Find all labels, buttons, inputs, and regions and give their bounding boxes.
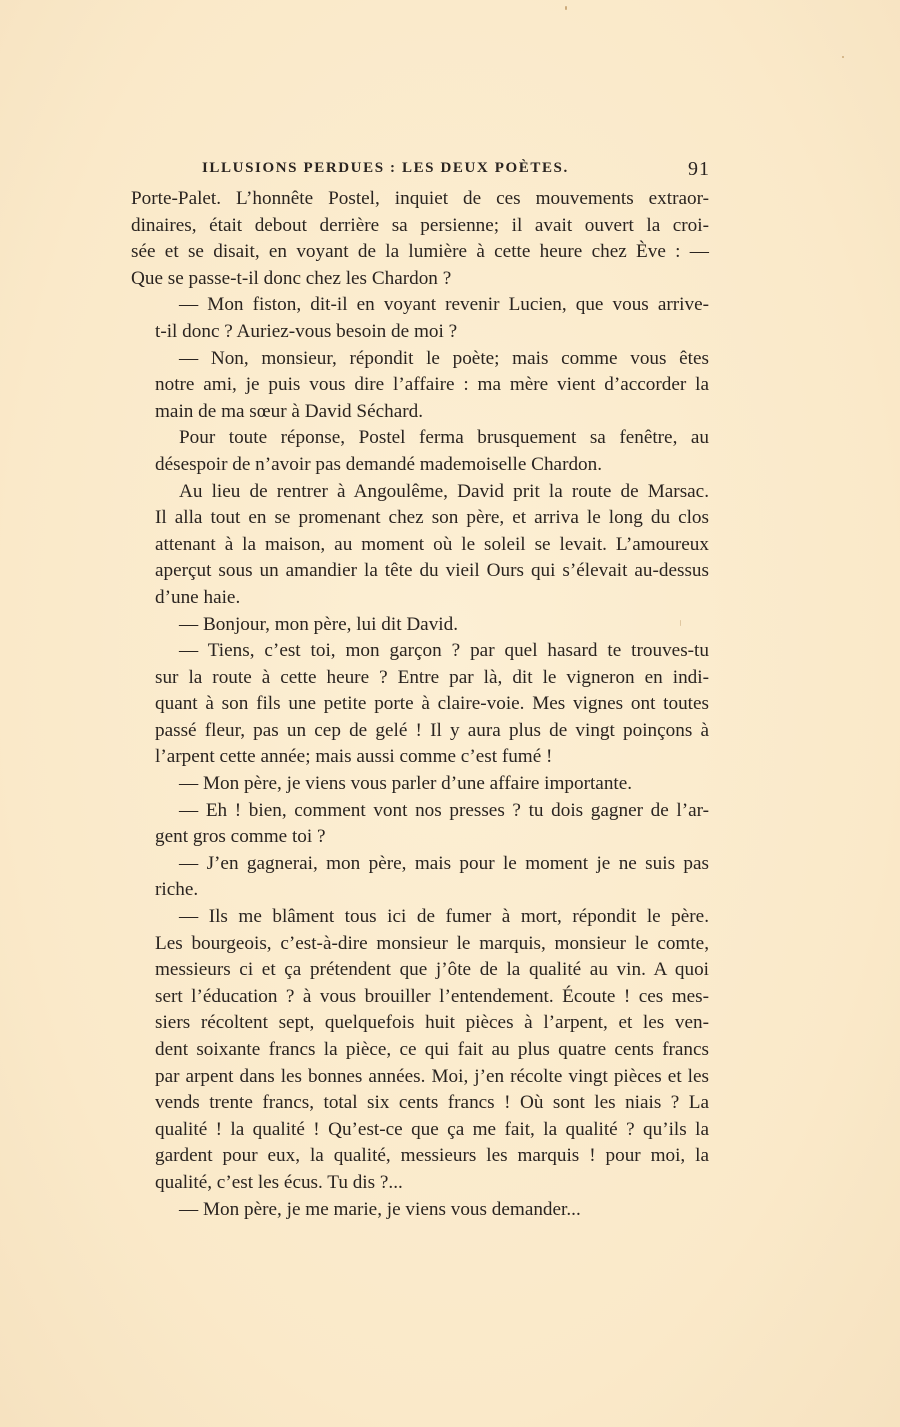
paragraph: — Tiens, c’est toi, mon garçon ? par que… [131, 638, 709, 771]
text-line: — Mon père, je viens vous parler d’une a… [131, 771, 709, 798]
paragraph: — Mon fiston, dit-il en voyant revenir L… [131, 292, 709, 345]
text-line: — Ils me blâment tous ici de fumer à mor… [131, 904, 709, 931]
text-line: par arpent dans les bonnes années. Moi, … [131, 1064, 709, 1091]
paragraph: — Ils me blâment tous ici de fumer à mor… [131, 904, 709, 1197]
text-line: attenant à la maison, au moment où le so… [131, 532, 709, 559]
running-head: Illusions perdues : les deux poètes. 91 [130, 158, 710, 184]
paper-speck [565, 6, 567, 10]
text-line: Au lieu de rentrer à Angoulême, David pr… [131, 479, 709, 506]
text-line: Pour toute réponse, Postel ferma brusque… [131, 425, 709, 452]
text-line: riche. [131, 877, 709, 904]
text-line: sert l’éducation ? à vous brouiller l’en… [131, 984, 709, 1011]
text-line: — Bonjour, mon père, lui dit David. [131, 612, 709, 639]
text-line: vends trente francs, total six cents fra… [131, 1090, 709, 1117]
text-line: l’arpent cette année; mais aussi comme c… [131, 744, 709, 771]
paragraph: Porte-Palet. L’honnête Postel, inquiet d… [131, 186, 709, 292]
text-line: Porte-Palet. L’honnête Postel, inquiet d… [131, 186, 709, 213]
paragraph: — Eh ! bien, comment vont nos presses ? … [131, 798, 709, 851]
paragraph: — Bonjour, mon père, lui dit David. [131, 612, 709, 639]
text-line: Que se passe-t-il donc chez les Chardon … [131, 266, 709, 293]
text-line: siers récoltent sept, quelquefois huit p… [131, 1010, 709, 1037]
paragraph: Au lieu de rentrer à Angoulême, David pr… [131, 479, 709, 612]
body-text: Porte-Palet. L’honnête Postel, inquiet d… [131, 186, 709, 1223]
paper-speck [842, 56, 844, 58]
text-line: — Mon fiston, dit-il en voyant revenir L… [131, 292, 709, 319]
text-line: Les bourgeois, c’est-à-dire monsieur le … [131, 931, 709, 958]
text-line: t-il donc ? Auriez-vous besoin de moi ? [131, 319, 709, 346]
text-line: aperçut sous un amandier la tête du viei… [131, 558, 709, 585]
running-title: Illusions perdues : les deux poètes. [202, 160, 569, 177]
page-number: 91 [688, 158, 710, 181]
text-line: dent soixante francs la pièce, ce qui fa… [131, 1037, 709, 1064]
text-line: d’une haie. [131, 585, 709, 612]
text-line: quant à son fils une petite porte à clai… [131, 691, 709, 718]
text-line: Il alla tout en se promenant chez son pè… [131, 505, 709, 532]
text-line: main de ma sœur à David Séchard. [131, 399, 709, 426]
text-line: qualité, c’est les écus. Tu dis ?... [131, 1170, 709, 1197]
text-line: dinaires, était debout derrière sa persi… [131, 213, 709, 240]
text-line: sur la route à cette heure ? Entre par l… [131, 665, 709, 692]
book-page: Illusions perdues : les deux poètes. 91 … [0, 0, 900, 1427]
text-line: passé fleur, pas un cep de gelé ! Il y a… [131, 718, 709, 745]
text-line: qualité ! la qualité ! Qu’est-ce que ça … [131, 1117, 709, 1144]
text-line: — Eh ! bien, comment vont nos presses ? … [131, 798, 709, 825]
text-line: gardent pour eux, la qualité, messieurs … [131, 1143, 709, 1170]
text-line: désespoir de n’avoir pas demandé mademoi… [131, 452, 709, 479]
text-line: — Tiens, c’est toi, mon garçon ? par que… [131, 638, 709, 665]
text-line: notre ami, je puis vous dire l’affaire :… [131, 372, 709, 399]
paragraph: — J’en gagnerai, mon père, mais pour le … [131, 851, 709, 904]
paragraph: — Non, monsieur, répondit le poète; mais… [131, 346, 709, 426]
text-line: — Non, monsieur, répondit le poète; mais… [131, 346, 709, 373]
paragraph: — Mon père, je viens vous parler d’une a… [131, 771, 709, 798]
text-line: messieurs ci et ça prétendent que j’ôte … [131, 957, 709, 984]
paragraph: — Mon père, je me marie, je viens vous d… [131, 1197, 709, 1224]
text-line: gent gros comme toi ? [131, 824, 709, 851]
text-line: — Mon père, je me marie, je viens vous d… [131, 1197, 709, 1224]
text-line: sée et se disait, en voyant de la lumièr… [131, 239, 709, 266]
paragraph: Pour toute réponse, Postel ferma brusque… [131, 425, 709, 478]
text-line: — J’en gagnerai, mon père, mais pour le … [131, 851, 709, 878]
